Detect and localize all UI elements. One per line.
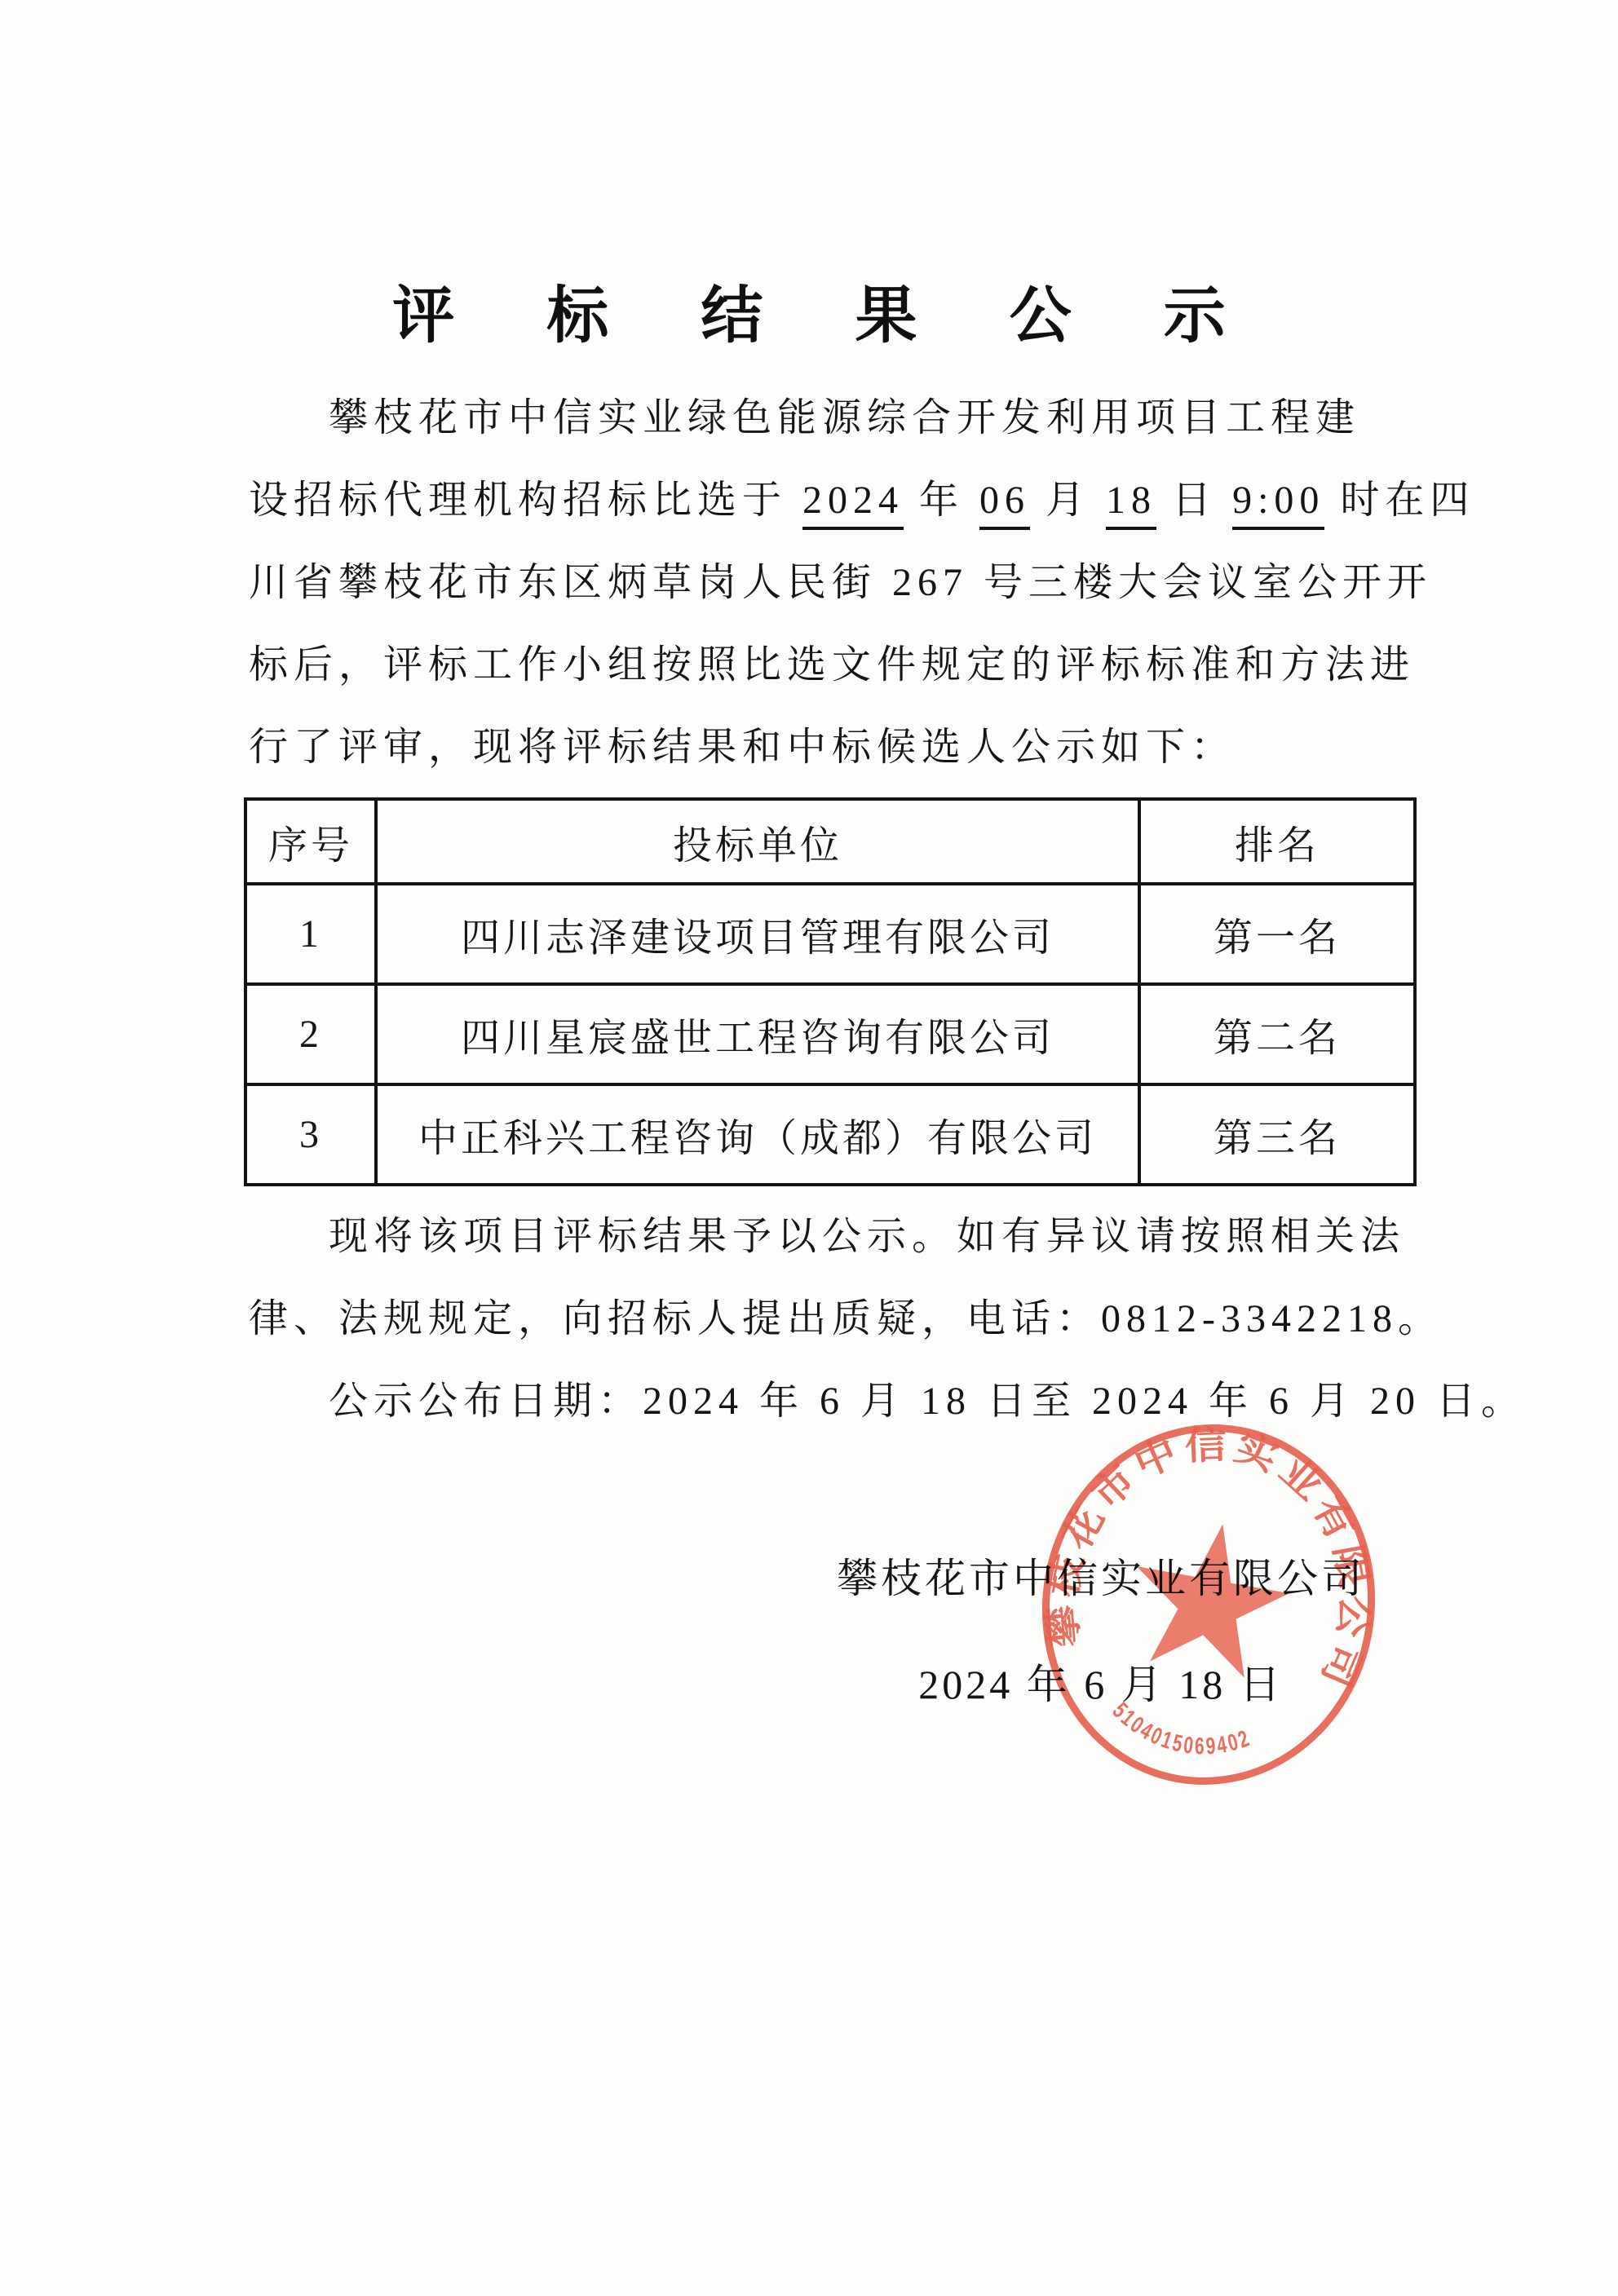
bid-result-table: 序号 投标单位 排名 1 四川志泽建设项目管理有限公司 第一名 2 四川星宸盛世… [244, 797, 1417, 1186]
seal-group: 攀枝花市中信实业有限公司 5104015069402 [1037, 1420, 1380, 1789]
company-seal: 攀枝花市中信实业有限公司 5104015069402 [1037, 1420, 1380, 1789]
cell-seq-3: 3 [245, 1084, 376, 1185]
underlined-day: 18 [1106, 479, 1156, 530]
header-rank: 排名 [1139, 799, 1415, 884]
cell-rank-2: 第二名 [1139, 984, 1415, 1084]
cell-seq-2: 2 [245, 984, 376, 1084]
table-row: 1 四川志泽建设项目管理有限公司 第一名 [245, 884, 1415, 984]
table-row: 3 中正科兴工程咨询（成都）有限公司 第三名 [245, 1084, 1415, 1185]
star-icon [1121, 1511, 1299, 1683]
intro-line-3: 川省攀枝花市东区炳草岗人民街 267 号三楼大会议室公开开 [249, 541, 1390, 624]
cell-company-1: 四川志泽建设项目管理有限公司 [376, 884, 1139, 984]
intro-line-2-seg: 时在四 [1324, 479, 1474, 522]
document-page: 评 标 结 果 公 示 攀枝花市中信实业绿色能源综合开发利用项目工程建 设招标代… [0, 0, 1618, 2296]
intro-line-4: 标后，评标工作小组按照比选文件规定的评标标准和方法进 [249, 624, 1390, 706]
intro-line-1: 攀枝花市中信实业绿色能源综合开发利用项目工程建 [249, 377, 1390, 459]
cell-company-3: 中正科兴工程咨询（成都）有限公司 [376, 1084, 1139, 1185]
cell-rank-3: 第三名 [1139, 1084, 1415, 1185]
closing-line-2: 律、法规规定，向招标人提出质疑，电话：0812-3342218。 [249, 1278, 1390, 1360]
table-row: 2 四川星宸盛世工程咨询有限公司 第二名 [245, 984, 1415, 1084]
table-header-row: 序号 投标单位 排名 [245, 799, 1415, 884]
header-company: 投标单位 [376, 799, 1139, 884]
intro-line-2-seg: 日 [1156, 479, 1232, 522]
underlined-time: 9:00 [1232, 479, 1324, 530]
intro-line-2: 设招标代理机构招标比选于 2024 年 06 月 18 日 9:00 时在四 [249, 459, 1390, 541]
underlined-month: 06 [979, 479, 1030, 530]
intro-line-2-seg: 月 [1030, 479, 1106, 522]
page-title: 评 标 结 果 公 示 [0, 266, 1618, 355]
intro-line-2-seg: 设招标代理机构招标比选于 [249, 479, 802, 522]
intro-line-2-seg: 年 [904, 479, 979, 522]
header-seq: 序号 [245, 799, 376, 884]
cell-company-2: 四川星宸盛世工程咨询有限公司 [376, 984, 1139, 1084]
closing-line-1: 现将该项目评标结果予以公示。如有异议请按照相关法 [249, 1195, 1390, 1278]
closing-paragraph: 现将该项目评标结果予以公示。如有异议请按照相关法 律、法规规定，向招标人提出质疑… [249, 1195, 1390, 1442]
intro-line-5: 行了评审，现将评标结果和中标候选人公示如下： [249, 706, 1390, 788]
underlined-year: 2024 [802, 479, 904, 530]
intro-paragraph: 攀枝花市中信实业绿色能源综合开发利用项目工程建 设招标代理机构招标比选于 202… [249, 377, 1390, 788]
cell-rank-1: 第一名 [1139, 884, 1415, 984]
cell-seq-1: 1 [245, 884, 376, 984]
